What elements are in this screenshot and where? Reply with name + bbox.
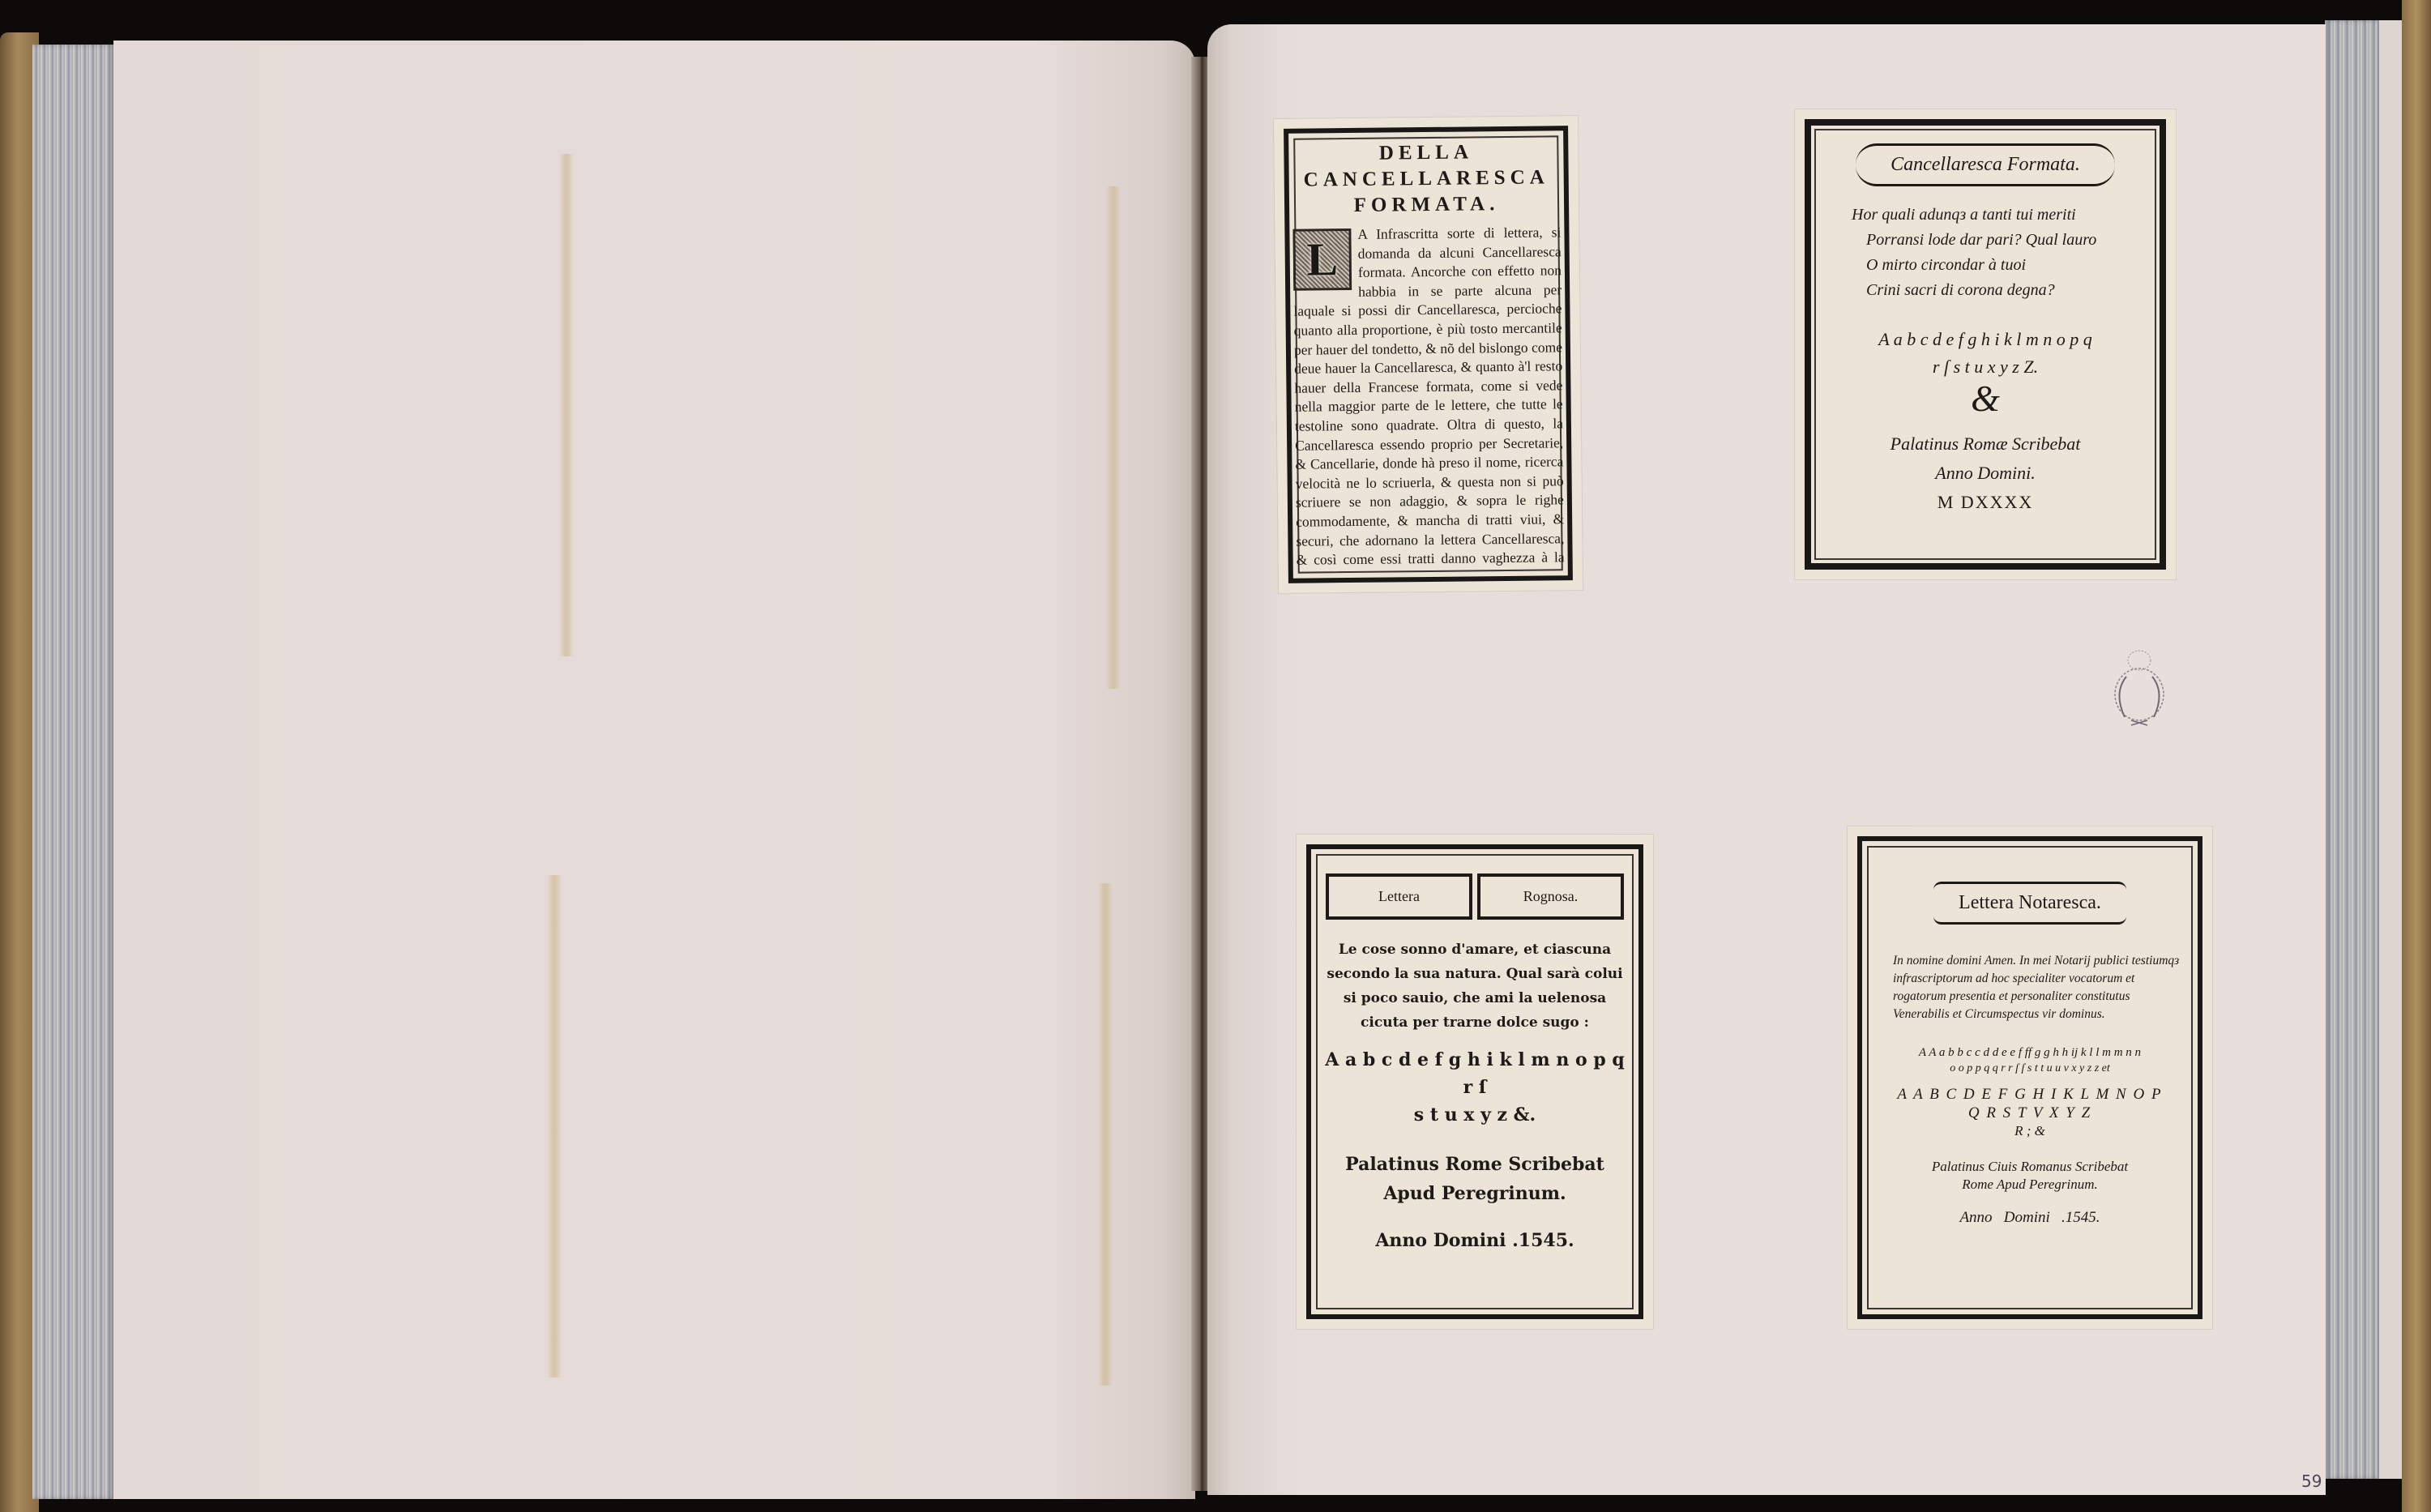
verse-line: Hor quali adunqз a tanti tui meriti bbox=[1852, 203, 2151, 228]
specimen-title-left: Lettera bbox=[1326, 873, 1472, 920]
left-page bbox=[113, 41, 1195, 1499]
glue-stain bbox=[547, 875, 562, 1377]
year: M DXXXX bbox=[1819, 488, 2151, 517]
majuscule-line: Q R S T V X Y Z bbox=[1869, 1104, 2191, 1122]
majuscule-line: A A B C D E F G H I K L M N O P bbox=[1869, 1085, 2191, 1104]
minuscule-line: o o p p q q r r ſ ſ s t t u u v x y z z … bbox=[1869, 1061, 2191, 1077]
flourish-icon: & bbox=[1819, 381, 2151, 416]
specimen-cancellaresca-text: DELLA CANCELLARESCA FORMATA. L A Infrasc… bbox=[1274, 116, 1583, 593]
alphabet-line: A a b c d e f g h i k l m n o p q bbox=[1819, 326, 2151, 353]
specimen-title-right: Rognosa. bbox=[1477, 873, 1624, 920]
specimen-heading-2: FORMATA. bbox=[1292, 190, 1561, 219]
specimen-body-text: In nomine domini Amen. In mei Notarij pu… bbox=[1869, 952, 2191, 1023]
decorated-initial-icon: L bbox=[1292, 229, 1352, 291]
page-edges-right bbox=[2325, 20, 2402, 1479]
signature: Palatinus Rome Scribebat bbox=[1318, 1150, 1632, 1179]
verse-line: Crini sacri di corona degna? bbox=[1852, 278, 2151, 303]
specimen-body-text: Le cose sonno d'amare, et ciascuna secon… bbox=[1318, 938, 1632, 1035]
glue-stain bbox=[1098, 883, 1113, 1386]
specimen-body-text: L A Infrascritta sorte di lettera, si do… bbox=[1292, 223, 1564, 570]
specimen-lettera-rognosa: Lettera Rognosa. Le cose sonno d'amare, … bbox=[1297, 835, 1653, 1329]
specimen-heading: DELLA CANCELLARESCA bbox=[1292, 139, 1561, 193]
year-line: Anno Domini .1545. bbox=[1869, 1208, 2191, 1228]
signature: Palatinus Ciuis Romanus Scribebat bbox=[1869, 1158, 2191, 1176]
year-label: Anno Domini. bbox=[1819, 459, 2151, 488]
book-cover-right bbox=[2402, 0, 2431, 1512]
specimen-lettera-notaresca: Lettera Notaresca. In nomine domini Amen… bbox=[1848, 826, 2212, 1329]
specimen-title: Lettera Notaresca. bbox=[1933, 882, 2127, 925]
signature-2: Rome Apud Peregrinum. bbox=[1869, 1176, 2191, 1194]
verse-line: O mirto circondar à tuoi bbox=[1852, 253, 2151, 278]
verse-block: Hor quali adunqз a tanti tui meriti Porr… bbox=[1852, 203, 2151, 303]
glue-stain bbox=[1106, 186, 1121, 689]
alphabet-line: A a b c d e f g h i k l m n o p q r ſ bbox=[1318, 1046, 1632, 1101]
specimen-title: Cancellaresca Formata. bbox=[1856, 143, 2115, 186]
verse-line: Porransi lode dar pari? Qual lauro bbox=[1852, 228, 2151, 253]
year-line: Anno Domini .1545. bbox=[1318, 1226, 1632, 1255]
page-number: 59 bbox=[2301, 1471, 2322, 1491]
alphabet-line: s t u x y z &. bbox=[1318, 1101, 1632, 1129]
majuscule-line: R ; & bbox=[1869, 1122, 2191, 1140]
alphabet-line: r ſ s t u x y z Z. bbox=[1819, 353, 2151, 381]
library-stamp-wreath-icon bbox=[2107, 644, 2172, 733]
minuscule-line: A A a b b c c d d e e f ff g g h h ij k … bbox=[1869, 1044, 2191, 1061]
glue-stain bbox=[559, 154, 574, 656]
signature: Palatinus Romæ Scribebat bbox=[1819, 429, 2151, 459]
specimen-cancellaresca-formata: Cancellaresca Formata. Hor quali adunqз … bbox=[1795, 109, 2176, 579]
signature-2: Apud Peregrinum. bbox=[1318, 1179, 1632, 1208]
page-edges-left bbox=[32, 45, 113, 1499]
